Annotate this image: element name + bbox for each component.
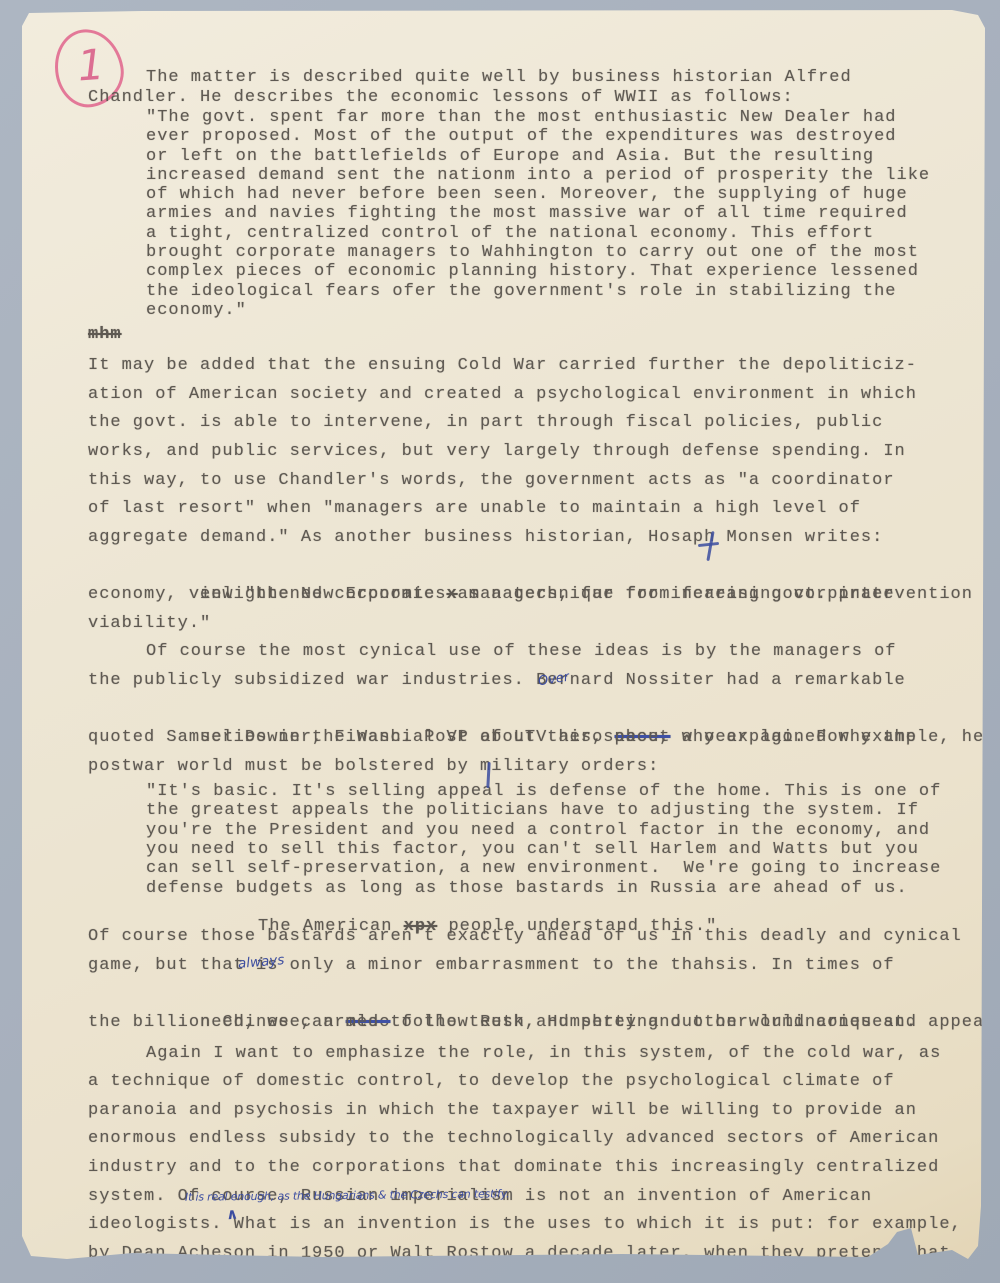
typed-line: industry and to the corporations that do… (88, 1154, 1000, 1183)
typed-line: a tight, centralized control of the nati… (146, 224, 1000, 243)
typed-line: "It's basic. It's selling appeal is defe… (146, 782, 1000, 801)
typed-line: works, and public services, but very lar… (88, 438, 1000, 467)
typed-line: you're the President and you need a cont… (146, 821, 1000, 840)
typed-line: the ideological fears ofer the governmen… (146, 282, 1000, 301)
typed-text: The matter is described quite well by bu… (22, 10, 1000, 1268)
bastards-paragraph: Of course those bastards aren't exactly … (88, 923, 1000, 1037)
typed-line: complex pieces of economic planning hist… (146, 262, 1000, 281)
document-page: 1 The matter is described quite well by … (22, 10, 985, 1262)
typed-line: ideologists. What is an invention is the… (88, 1211, 1000, 1240)
typed-line: the greatest appeals the politicians hav… (146, 801, 1000, 820)
typed-line: enormous endless subsidy to the technolo… (88, 1125, 1000, 1154)
typed-line: Of course the most cynical use of these … (88, 638, 1000, 667)
typed-line: viability." (88, 610, 1000, 639)
typed-line: the billion Chinese, armed to the teeth … (88, 1009, 1000, 1038)
domestic-control-paragraph: Again I want to emphasize the role, in t… (88, 1040, 1000, 1269)
typed-line: or left on the battlefields of Europe an… (146, 147, 1000, 166)
typed-line: paranoia and psychosis in which the taxp… (88, 1097, 1000, 1126)
typed-line: need, we can also follow Rusk, Humphrey … (88, 980, 1000, 1009)
typed-line: this way, to use Chandler's words, the g… (88, 467, 1000, 496)
typed-line: The American xpx people understand this.… (146, 898, 1000, 917)
cynical-use-paragraph: Of course the most cynical use of these … (88, 638, 1000, 781)
typed-line: series in the Wash. Post about this, abo… (88, 695, 1000, 724)
typed-line: armies and navies fighting the most mass… (146, 204, 1000, 223)
typed-line: enlightened corporate x managers, far fr… (88, 552, 1000, 581)
typed-line: It may be added that the ensuing Cold Wa… (88, 352, 1000, 381)
typed-line: game, but that is only a minor embarrasm… (88, 952, 1000, 981)
typed-line: economy." (146, 301, 1000, 320)
downer-block-quote: "It's basic. It's selling appeal is defe… (146, 782, 1000, 917)
cold-war-paragraph: It may be added that the ensuing Cold Wa… (88, 352, 1000, 638)
typed-line: defense budgets as long as those bastard… (146, 879, 1000, 898)
typed-line: The matter is described quite well by bu… (88, 68, 1000, 88)
typed-line: Of course those bastards aren't exactly … (88, 923, 1000, 952)
typed-line: a technique of domestic control, to deve… (88, 1068, 1000, 1097)
typed-line: brought corporate managers to Wahhington… (146, 243, 1000, 262)
scanned-page-background: 1 The matter is described quite well by … (0, 0, 1000, 1283)
typed-line: Chandler. He describes the economic less… (88, 88, 1000, 108)
typed-line: increased demand sent the nationm into a… (146, 166, 1000, 185)
typed-line: economy, view "the New Economics as a te… (88, 581, 1000, 610)
typed-line: postwar world must be bolstered by milit… (88, 753, 1000, 782)
typed-line: of last resort" when "managers are unabl… (88, 495, 1000, 524)
typed-line: aggregate demand." As another business h… (88, 524, 1000, 553)
intro-paragraph: The matter is described quite well by bu… (88, 68, 1000, 108)
chandler-block-quote: "The govt. spent far more than the most … (146, 108, 1000, 320)
typed-line: you need to sell this factor, you can't … (146, 840, 1000, 859)
typed-line: quoted Samuel Downer, Financial VP of LT… (88, 724, 1000, 753)
typed-line: "The govt. spent far more than the most … (146, 108, 1000, 127)
typed-struck-out-line: mhm (88, 325, 1000, 345)
pen-caret-mark: ∧ (225, 1205, 238, 1224)
typed-line: ever proposed. Most of the output of the… (146, 127, 1000, 146)
typed-line: can sell self-preservation, a new enviro… (146, 859, 1000, 878)
typed-line: by Dean Acheson in 1950 or Walt Rostow a… (88, 1240, 1000, 1269)
typed-line: ation of American society and created a … (88, 381, 1000, 410)
typed-line: the govt. is able to intervene, in part … (88, 409, 1000, 438)
typed-line: of which had never before been seen. Mor… (146, 185, 1000, 204)
typed-line: Again I want to emphasize the role, in t… (88, 1040, 1000, 1069)
